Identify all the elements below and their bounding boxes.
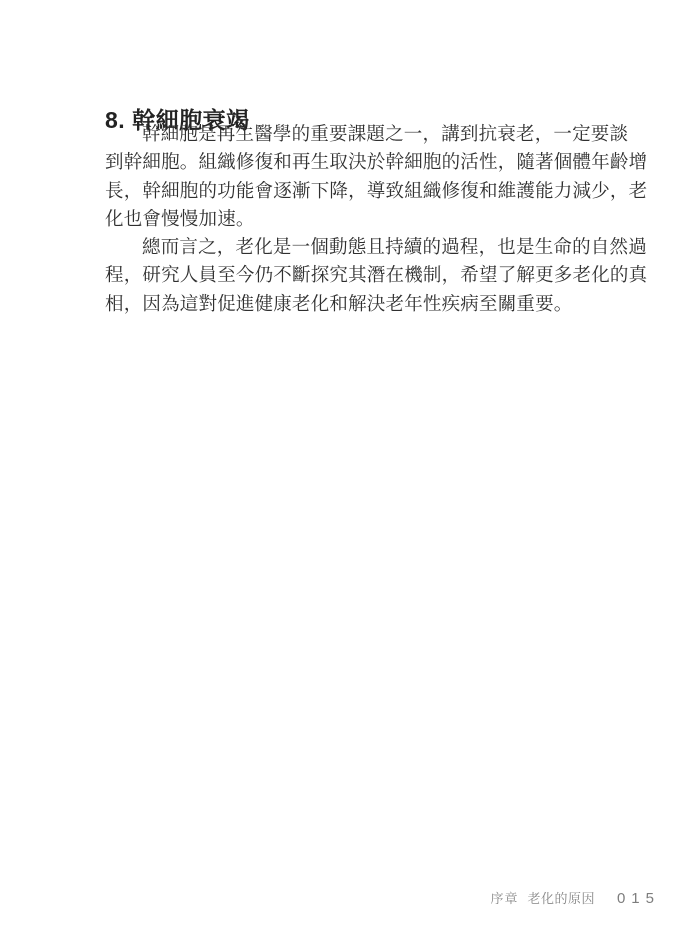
paragraph-2-line-2: 程，研究人員至今仍不斷探究其潛在機制，希望了解更多老化的真 — [105, 262, 599, 290]
footer-chapter-label: 序章 — [490, 888, 518, 907]
paragraph-1-line-4: 化也會慢慢加速。 — [105, 206, 599, 234]
footer-page-number: 015 — [617, 890, 660, 907]
paragraph-1: 幹細胞是再生醫學的重要課題之一，講到抗衰老，一定要談 到幹細胞。組織修復和再生取… — [105, 121, 599, 234]
paragraph-1-line-2: 到幹細胞。組織修復和再生取決於幹細胞的活性，隨著個體年齡增 — [105, 149, 599, 177]
page-footer: 序章 老化的原因 015 — [490, 888, 660, 907]
paragraph-2-line-1: 總而言之，老化是一個動態且持續的過程，也是生命的自然過 — [105, 234, 599, 262]
paragraph-1-line-1: 幹細胞是再生醫學的重要課題之一，講到抗衰老，一定要談 — [105, 121, 599, 149]
paragraph-2-line-3: 相，因為這對促進健康老化和解決老年性疾病至關重要。 — [105, 291, 599, 319]
paragraph-1-line-3: 長，幹細胞的功能會逐漸下降，導致組織修復和維護能力減少，老 — [105, 178, 599, 206]
paragraph-2: 總而言之，老化是一個動態且持續的過程，也是生命的自然過 程，研究人員至今仍不斷探… — [105, 234, 599, 319]
book-page: 8. 幹細胞衰竭 幹細胞是再生醫學的重要課題之一，講到抗衰老，一定要談 到幹細胞… — [0, 0, 700, 948]
body-text: 幹細胞是再生醫學的重要課題之一，講到抗衰老，一定要談 到幹細胞。組織修復和再生取… — [105, 121, 599, 319]
footer-chapter-title: 老化的原因 — [527, 888, 595, 907]
